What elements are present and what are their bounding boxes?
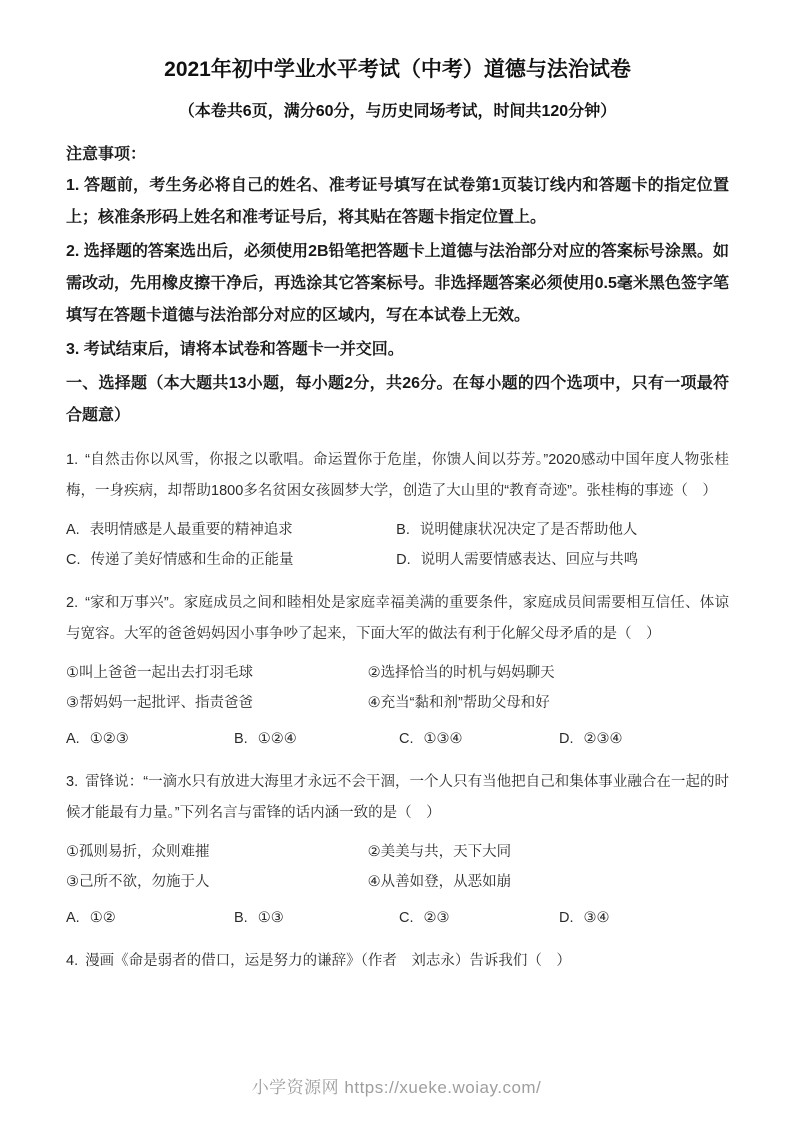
option-label: A. bbox=[66, 522, 80, 538]
question-1-number: 1. bbox=[66, 452, 78, 468]
page-subtitle: （本卷共6页，满分60分，与历史同场考试，时间共120分钟） bbox=[66, 100, 729, 124]
question-2-option-a: A.①②③ bbox=[66, 724, 234, 754]
option-text: ②③④ bbox=[584, 731, 623, 747]
question-1-text: “自然击你以风雪，你报之以歌唱。命运置你于危崖，你馈人间以芬芳。”2020感动中… bbox=[66, 452, 729, 499]
option-text: ①②③ bbox=[90, 731, 129, 747]
option-text: 说明健康状况决定了是否帮助他人 bbox=[420, 522, 638, 538]
notice-item-3: 3. 考试结束后，请将本试卷和答题卡一并交回。 bbox=[66, 334, 729, 366]
question-2-number: 2. bbox=[66, 595, 78, 611]
notice-item-1: 1. 答题前，考生务必将自己的姓名、准考证号填写在试卷第1页装订线内和答题卡的指… bbox=[66, 170, 729, 234]
option-text: 传递了美好情感和生命的正能量 bbox=[91, 552, 294, 568]
question-3-stem: 3.雷锋说：“一滴水只有放进大海里才永远不会干涸，一个人只有当他把自己和集体事业… bbox=[66, 767, 729, 829]
watermark-footer: 小学资源网 https://xueke.woiay.com/ bbox=[0, 1073, 793, 1098]
question-2-sub-3: ③帮妈妈一起批评、指责爸爸 bbox=[66, 688, 368, 718]
question-2-answer-row: A.①②③ B.①②④ C.①③④ D.②③④ bbox=[66, 724, 729, 754]
question-3-sub-1: ①孤则易折，众则难摧 bbox=[66, 837, 368, 867]
option-label: C. bbox=[399, 731, 414, 747]
section-heading: 一、选择题（本大题共13小题，每小题2分，共26分。在每小题的四个选项中，只有一… bbox=[66, 368, 729, 432]
option-text: 表明情感是人最重要的精神追求 bbox=[90, 522, 293, 538]
option-label: D. bbox=[559, 910, 574, 926]
option-label: A. bbox=[66, 910, 80, 926]
question-3-option-c: C.②③ bbox=[399, 903, 559, 933]
question-2-sub-2: ②选择恰当的时机与妈妈聊天 bbox=[368, 658, 729, 688]
question-1-option-a: A.表明情感是人最重要的精神追求 bbox=[66, 515, 396, 545]
question-2-stem: 2.“家和万事兴”。家庭成员之间和睦相处是家庭幸福美满的重要条件，家庭成员间需要… bbox=[66, 588, 729, 650]
option-label: B. bbox=[234, 731, 248, 747]
question-1-option-d: D.说明人需要情感表达、回应与共鸣 bbox=[396, 545, 729, 575]
option-text: ①③④ bbox=[424, 731, 463, 747]
question-3-option-d: D.③④ bbox=[559, 903, 729, 933]
option-text: ①②④ bbox=[258, 731, 297, 747]
question-1-option-b: B.说明健康状况决定了是否帮助他人 bbox=[396, 515, 729, 545]
option-label: B. bbox=[234, 910, 248, 926]
option-text: ①② bbox=[90, 910, 116, 926]
option-label: B. bbox=[396, 522, 410, 538]
option-text: ①③ bbox=[258, 910, 284, 926]
page-title: 2021年初中学业水平考试（中考）道德与法治试卷 bbox=[66, 56, 729, 84]
question-4-number: 4. bbox=[66, 953, 78, 969]
question-4-text: 漫画《命是弱者的借口，运是努力的谦辞》（作者 刘志永）告诉我们（ ） bbox=[85, 953, 571, 969]
question-3-sub-4: ④从善如登，从恶如崩 bbox=[368, 867, 729, 897]
question-1-stem: 1.“自然击你以风雪，你报之以歌唱。命运置你于危崖，你馈人间以芬芳。”2020感… bbox=[66, 445, 729, 507]
question-2-option-d: D.②③④ bbox=[559, 724, 729, 754]
option-text: 说明人需要情感表达、回应与共鸣 bbox=[421, 552, 639, 568]
question-1-options: A.表明情感是人最重要的精神追求 B.说明健康状况决定了是否帮助他人 C.传递了… bbox=[66, 515, 729, 575]
question-3-text: 雷锋说：“一滴水只有放进大海里才永远不会干涸，一个人只有当他把自己和集体事业融合… bbox=[66, 774, 729, 821]
option-label: C. bbox=[399, 910, 414, 926]
option-text: ②③ bbox=[424, 910, 450, 926]
question-2-option-c: C.①③④ bbox=[399, 724, 559, 754]
question-2-option-b: B.①②④ bbox=[234, 724, 399, 754]
option-label: C. bbox=[66, 552, 81, 568]
option-label: D. bbox=[396, 552, 411, 568]
question-2-text: “家和万事兴”。家庭成员之间和睦相处是家庭幸福美满的重要条件，家庭成员间需要相互… bbox=[66, 595, 729, 642]
option-text: ③④ bbox=[584, 910, 610, 926]
question-4-stem: 4.漫画《命是弱者的借口，运是努力的谦辞》（作者 刘志永）告诉我们（ ） bbox=[66, 946, 729, 977]
question-3-answer-row: A.①② B.①③ C.②③ D.③④ bbox=[66, 903, 729, 933]
question-3-option-a: A.①② bbox=[66, 903, 234, 933]
question-3-sub-2: ②美美与共，天下大同 bbox=[368, 837, 729, 867]
option-label: A. bbox=[66, 731, 80, 747]
exam-page: 2021年初中学业水平考试（中考）道德与法治试卷 （本卷共6页，满分60分，与历… bbox=[0, 0, 793, 977]
option-label: D. bbox=[559, 731, 574, 747]
question-2-sub-1: ①叫上爸爸一起出去打羽毛球 bbox=[66, 658, 368, 688]
notice-heading: 注意事项： bbox=[66, 142, 729, 168]
question-2-sub-4: ④充当“黏和剂”帮助父母和好 bbox=[368, 688, 729, 718]
question-3-option-b: B.①③ bbox=[234, 903, 399, 933]
question-1-option-c: C.传递了美好情感和生命的正能量 bbox=[66, 545, 396, 575]
question-3-sub-options: ①孤则易折，众则难摧 ②美美与共，天下大同 ③己所不欲，勿施于人 ④从善如登，从… bbox=[66, 837, 729, 897]
notice-item-2: 2. 选择题的答案选出后，必须使用2B铅笔把答题卡上道德与法治部分对应的答案标号… bbox=[66, 236, 729, 332]
question-3-number: 3. bbox=[66, 774, 78, 790]
question-2-sub-options: ①叫上爸爸一起出去打羽毛球 ②选择恰当的时机与妈妈聊天 ③帮妈妈一起批评、指责爸… bbox=[66, 658, 729, 718]
question-3-sub-3: ③己所不欲，勿施于人 bbox=[66, 867, 368, 897]
